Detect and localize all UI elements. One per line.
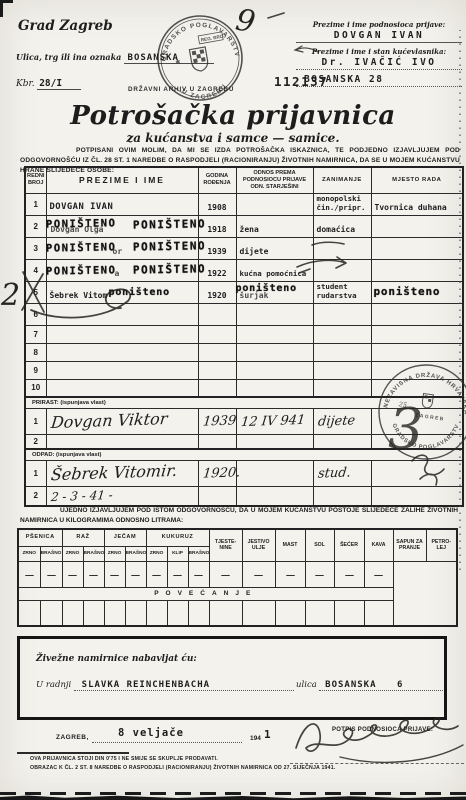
person-relation: kućna pomoćnica (236, 259, 313, 281)
table-header-row: REDNI BROJ PREZIME I IME GODINA ROĐENJA … (25, 167, 463, 193)
col-petrolej: PETRO- LEJ (426, 529, 457, 561)
row-no: 6 (25, 303, 46, 325)
city-title: Grad Zagreb (18, 18, 113, 34)
group-jecam: JEČAM (104, 529, 146, 546)
odpad-name: Šebrek Vitomir. (46, 460, 198, 486)
person-workplace: Tvornica duhana (371, 193, 463, 215)
prirast-relation: 12 IV 941 (236, 408, 313, 434)
supplies-table: PŠENICA RAŽ JEČAM KUKURUZ TJESTE- NINE J… (17, 528, 458, 627)
applicant-signature (296, 718, 458, 751)
person-occupation (313, 259, 371, 281)
landlord-address: BOSANSKA 28 (296, 74, 462, 87)
year-value: 1 (264, 728, 271, 741)
signature-line (290, 763, 464, 764)
header-name: PREZIME I IME (46, 167, 198, 193)
ndh-stamp-bottom-text: GRADSKO POGLAVARSTVO (367, 349, 466, 455)
form-title: Potrošačka prijavnica (0, 101, 466, 131)
person-year: 1920 (198, 281, 236, 303)
col-mast: MAST (275, 529, 305, 561)
ndh-office-stamp-icon: NEZAVISNA DRŽAVA HRVATSKA GRADSKO POGLAV… (367, 353, 466, 470)
row-no: 4 (25, 259, 46, 281)
row-no: 8 (25, 343, 46, 361)
odpad-relation (236, 460, 313, 486)
row-no: 3 (25, 237, 46, 259)
person-relation: dijete (236, 237, 313, 259)
city-office-stamp-icon: GRADSKO POGLAVARSTVO U ZAGREBU REG. BROJ… (142, 0, 258, 116)
person-row: 3 or PONIŠTENO PONIŠTENO 1939 dijete (25, 237, 463, 259)
purchase-box: Živežne namirnice nabavljat ću: U radnji… (17, 636, 447, 720)
date-value: 8 veljače (118, 727, 184, 739)
row-no: 7 (25, 325, 46, 343)
row-no: 2 (25, 434, 46, 449)
col-tjestenine: TJESTE- NINE (209, 529, 242, 561)
scan-corner-mark (0, 0, 13, 17)
ponisteno-stamp: PONIŠTENO (132, 218, 205, 232)
scan-bottom-edge (0, 792, 466, 795)
person-name-cell: a PONIŠTENO PONIŠTENO (46, 259, 198, 281)
person-row: 6 (25, 303, 463, 325)
header-relation: ODNOS PREMA PODNOSIOCU PRIJAVE ODN. STAR… (236, 167, 313, 193)
row-no: 10 (25, 379, 46, 397)
person-relation (236, 193, 313, 215)
supplies-group-header: PŠENICA RAŽ JEČAM KUKURUZ TJESTE- NINE J… (18, 529, 457, 546)
person-year: 1908 (198, 193, 236, 215)
header-workplace: MJESTO RADA (371, 167, 463, 193)
scanned-form-page: Grad Zagreb Ulica, trg ili ina oznaka BO… (0, 0, 466, 800)
odpad-occupation: stud. (313, 460, 371, 486)
increase-label: POVEĆANJE (18, 587, 393, 600)
purchase-heading: Živežne namirnice nabavljat ću: (36, 654, 197, 664)
col-secer: ŠEĆER (334, 529, 364, 561)
row-no: 2 (25, 215, 46, 237)
person-occupation: domaćica (313, 215, 371, 237)
increase-band: POVEĆANJE (18, 587, 457, 600)
col-kava: KAVA (364, 529, 393, 561)
footnote-1: OVA PRIJAVNICA STOJI DIN 0'75 I NE SMIJE… (30, 756, 218, 762)
date-line (92, 742, 242, 743)
person-row: 4 a PONIŠTENO PONIŠTENO 1922 kućna pomoć… (25, 259, 463, 281)
house-number-field: Kbr. 28/I (16, 78, 81, 90)
svg-text:GRADSKO POGLAVARSTVO: GRADSKO POGLAVARSTVO (367, 349, 466, 455)
ponisteno-stamp: poništeno (109, 287, 170, 299)
person-occupation: monopolski čin./pripr. (313, 193, 371, 215)
ndh-stamp-center-text: ZAGREB (415, 413, 445, 423)
ndh-stamp-date: 25 (397, 400, 407, 409)
ponisteno-stamp: PONIŠTENO (45, 264, 116, 277)
applicant-block: Prezime i ime podnosioca prijave: DOVGAN… (296, 20, 462, 91)
header-no: REDNI BROJ (25, 167, 46, 193)
prirast-year: 1939 (198, 408, 236, 434)
group-psenica: PŠENICA (18, 529, 62, 546)
person-row: 7 (25, 325, 463, 343)
row-no: 1 (25, 193, 46, 215)
person-row: 1 DOVGAN IVAN 1908 monopolski čin./pripr… (25, 193, 463, 215)
group-raz: RAŽ (62, 529, 104, 546)
person-occupation: student rudarstva (313, 281, 371, 303)
row-no: 1 (25, 408, 46, 434)
ponisteno-stamp: poništeno (374, 286, 441, 299)
prirast-occupation: dijete (313, 408, 371, 434)
shop-street: BOSANSKA 6 (319, 680, 443, 691)
person-row: 2 Dovgan Olga PONIŠTENO PONIŠTENO 1918 ž… (25, 215, 463, 237)
pen-dash-mark (268, 13, 284, 18)
person-workplace-cell: poništeno (371, 281, 463, 303)
shop-street-no: 6 (397, 680, 403, 690)
odpad-year: 1920. (198, 460, 236, 486)
ponisteno-stamp: PONIŠTENO (132, 263, 205, 277)
shop-label: U radnji (36, 680, 71, 690)
group-kukuruz: KUKURUZ (146, 529, 209, 546)
person-name-cell: Dovgan Olga PONIŠTENO PONIŠTENO (46, 215, 198, 237)
footnote-2: OBRAZAC K ČL. 2 ST. 8 NAREDBE O RASPODJE… (30, 765, 335, 771)
header-year: GODINA ROĐENJA (198, 167, 236, 193)
person-workplace (371, 237, 463, 259)
person-workplace (371, 215, 463, 237)
applicant-label: Prezime i ime podnosioca prijave: (296, 20, 462, 29)
place-label: ZAGREB, (56, 734, 89, 741)
applicant-name: DOVGAN IVAN (296, 30, 462, 43)
shop-name: SLAVKA REINCHENBACHA (74, 680, 294, 691)
row-no: 1 (25, 460, 46, 486)
row-no: 5 (25, 281, 46, 303)
row-no: 2 (25, 486, 46, 506)
prirast-name: Dovgan Viktor (46, 408, 198, 434)
supplies-statement: UJEDNO IZJAVLJUJEM POD ISTOM ODGOVORNOŠĆ… (20, 506, 458, 526)
person-relation-cell: šurjak poništeno (236, 281, 313, 303)
ulica-label: ulica (296, 680, 317, 690)
ponisteno-stamp: PONIŠTENO (132, 240, 205, 254)
street-label: Ulica, trg ili ina oznaka (16, 52, 121, 62)
person-name-cell: or PONIŠTENO PONIŠTENO (46, 237, 198, 259)
margin-hand-number: 2 (0, 278, 20, 313)
landlord-name: Dr. IVAČIĆ IVO (296, 57, 462, 70)
person-relation: žena (236, 215, 313, 237)
landlord-label: Prezime i ime i stan kućevlasnika: (296, 47, 462, 56)
purchase-line: U radnji SLAVKA REINCHENBACHA ulica BOSA… (36, 679, 443, 691)
ponisteno-stamp: PONIŠTENO (45, 241, 116, 254)
year-prefix: 194 (250, 735, 261, 742)
signature-label: POTPIS PODNOSIOCA PRIJAVE: (332, 727, 462, 733)
person-name: Šebrek Vitom (50, 291, 108, 300)
supplies-values-row: – – – – – – – – – – – – – – – (18, 561, 457, 587)
person-workplace (371, 259, 463, 281)
kbr-label: Kbr. (16, 79, 35, 89)
footnote-rule (17, 752, 129, 754)
coat-of-arms-icon (189, 47, 209, 72)
header-occupation: ZANIMANJE (313, 167, 371, 193)
person-name: DOVGAN IVAN (46, 193, 198, 215)
ponisteno-stamp: PONIŠTENO (45, 217, 116, 230)
ponisteno-stamp: poništeno (236, 283, 297, 295)
col-jestivo-ulje: JESTIVO ULJE (242, 529, 275, 561)
signature-flourish (340, 745, 463, 762)
odpad-row: 1 Šebrek Vitomir. 1920. stud. (25, 460, 463, 486)
odpad-name: 2 - 3 - 41 - (46, 486, 198, 506)
person-name-cell: Šebrek Vitom poništeno (46, 281, 198, 303)
odpad-row: 2 2 - 3 - 41 - (25, 486, 463, 506)
scan-edge-dots (459, 30, 461, 570)
supplies-empty-row (18, 600, 457, 626)
col-sol: SOL (305, 529, 334, 561)
person-row: 5 Šebrek Vitom poništeno 1920 šurjak pon… (25, 281, 463, 303)
col-sapun: SAPUN ZA PRANJE (393, 529, 426, 561)
form-subtitle: za kućanstva i samce — samice. (0, 131, 466, 145)
svg-text:✱: ✱ (175, 59, 181, 67)
scan-bottom-edge (0, 795, 466, 800)
person-occupation (313, 237, 371, 259)
kbr-value: 28/I (37, 78, 81, 90)
row-no: 9 (25, 361, 46, 379)
